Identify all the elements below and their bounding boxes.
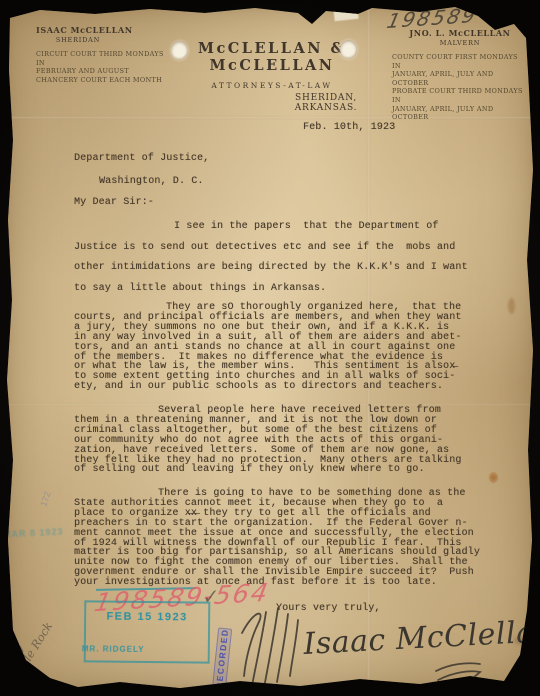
letterhead-left: ISAAC McCLELLAN SHERIDAN CIRCUIT COURT T… [36,25,166,84]
letter-date: Feb. 10th, 1923 [303,122,395,133]
punch-hole-left [171,41,188,60]
court-schedule-left: CIRCUIT COURT THIRD MONDAYS IN FEBRUARY … [36,50,166,84]
scan-background: ISAAC McCLELLAN SHERIDAN CIRCUIT COURT T… [0,0,540,696]
recipient-city-line: Washington, D. C. [99,176,204,187]
paragraph-4: There is going to have to be something d… [74,489,504,588]
margin-date-stamp: MAR 8 1923 [3,526,64,539]
received-stamp-date: FEB 15 1923 [86,610,208,623]
signature-name: Isaac McClellan [302,614,540,662]
firm-subtitle: ATTORNEYS-AT-LAW [162,81,382,90]
signature-block: Isaac McClellan [222,598,522,693]
salutation: My Dear Sir:- [74,197,154,208]
received-stamp-name: MR. RIDGELY [82,644,145,654]
paragraph-3: Several people here have received letter… [74,406,504,475]
firm-location: SHERIDAN, ARKANSAS. [276,93,376,113]
pencil-margin-mark: 172 [38,490,52,507]
letter-paper: ISAAC McCLELLAN SHERIDAN CIRCUIT COURT T… [0,0,540,696]
attorney-name-left: ISAAC McCLELLAN [36,25,166,35]
edge-smudge [508,298,515,314]
paragraph-1: I see in the papers that the Department … [74,217,504,300]
paragraph-2: They are sO thoroughly organized here, t… [74,303,504,392]
letterhead-right: JNO. L. McCLELLAN MALVERN COUNTY COURT F… [392,28,528,122]
pencil-forwarding-note: Copy Little Rock 3/2 [0,613,66,688]
received-stamp: FEB 15 1923 MR. RIDGELY [84,600,211,663]
court-schedule-right: COUNTY COURT FIRST MONDAYS IN JANUARY, A… [392,53,528,122]
attorney-city-left: SHERIDAN [36,36,120,44]
top-edge-tear-flap [333,7,358,21]
attorney-city-right: MALVERN [392,39,528,47]
recipient-line: Department of Justice, [74,153,209,164]
punch-hole-right [340,40,357,59]
